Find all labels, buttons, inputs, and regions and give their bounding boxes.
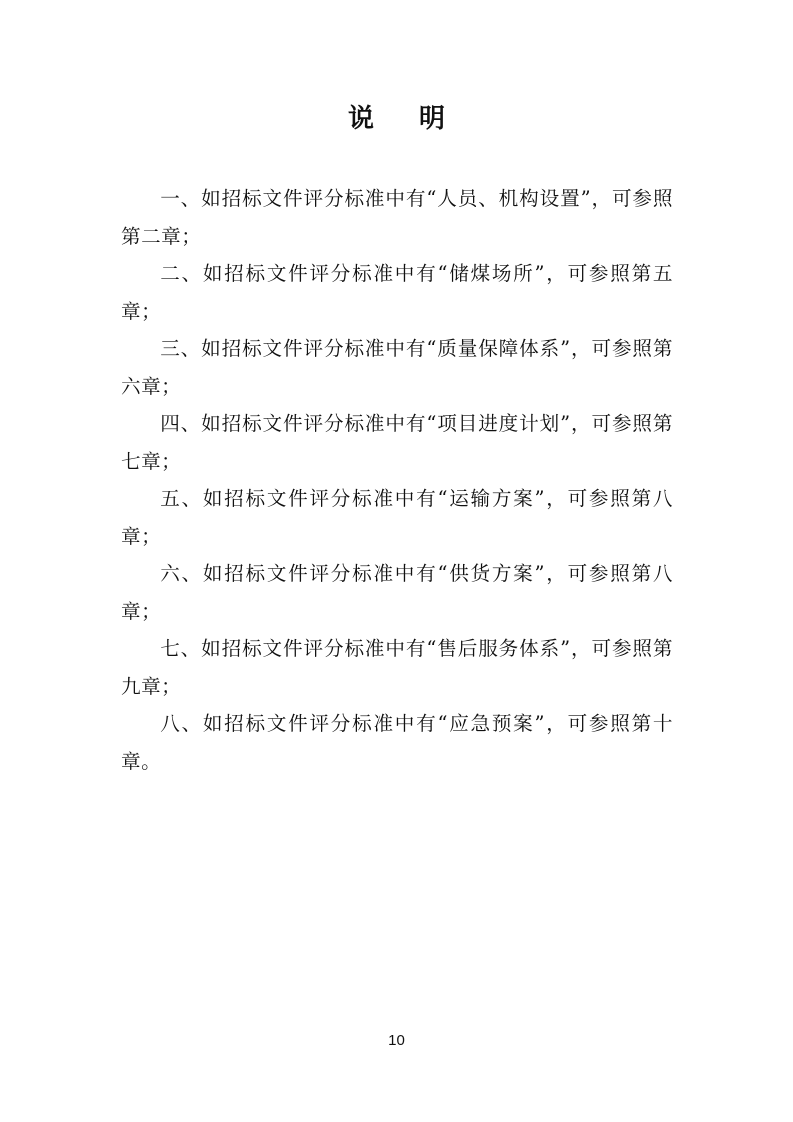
paragraph-7: 七、如招标文件评分标准中有“售后服务体系”，可参照第九章； bbox=[121, 630, 673, 705]
page-number: 10 bbox=[0, 1032, 793, 1049]
page-title: 说 明 bbox=[0, 98, 793, 135]
paragraph-2: 二、如招标文件评分标准中有“储煤场所”，可参照第五章； bbox=[121, 255, 673, 330]
paragraph-1: 一、如招标文件评分标准中有“人员、机构设置”，可参照第二章； bbox=[121, 180, 673, 255]
paragraph-4: 四、如招标文件评分标准中有“项目进度计划”，可参照第七章； bbox=[121, 405, 673, 480]
paragraph-3: 三、如招标文件评分标准中有“质量保障体系”，可参照第六章； bbox=[121, 330, 673, 405]
paragraph-6: 六、如招标文件评分标准中有“供货方案”，可参照第八章； bbox=[121, 555, 673, 630]
paragraph-8: 八、如招标文件评分标准中有“应急预案”，可参照第十章。 bbox=[121, 705, 673, 780]
document-body: 一、如招标文件评分标准中有“人员、机构设置”，可参照第二章； 二、如招标文件评分… bbox=[121, 180, 673, 780]
paragraph-5: 五、如招标文件评分标准中有“运输方案”，可参照第八章； bbox=[121, 480, 673, 555]
